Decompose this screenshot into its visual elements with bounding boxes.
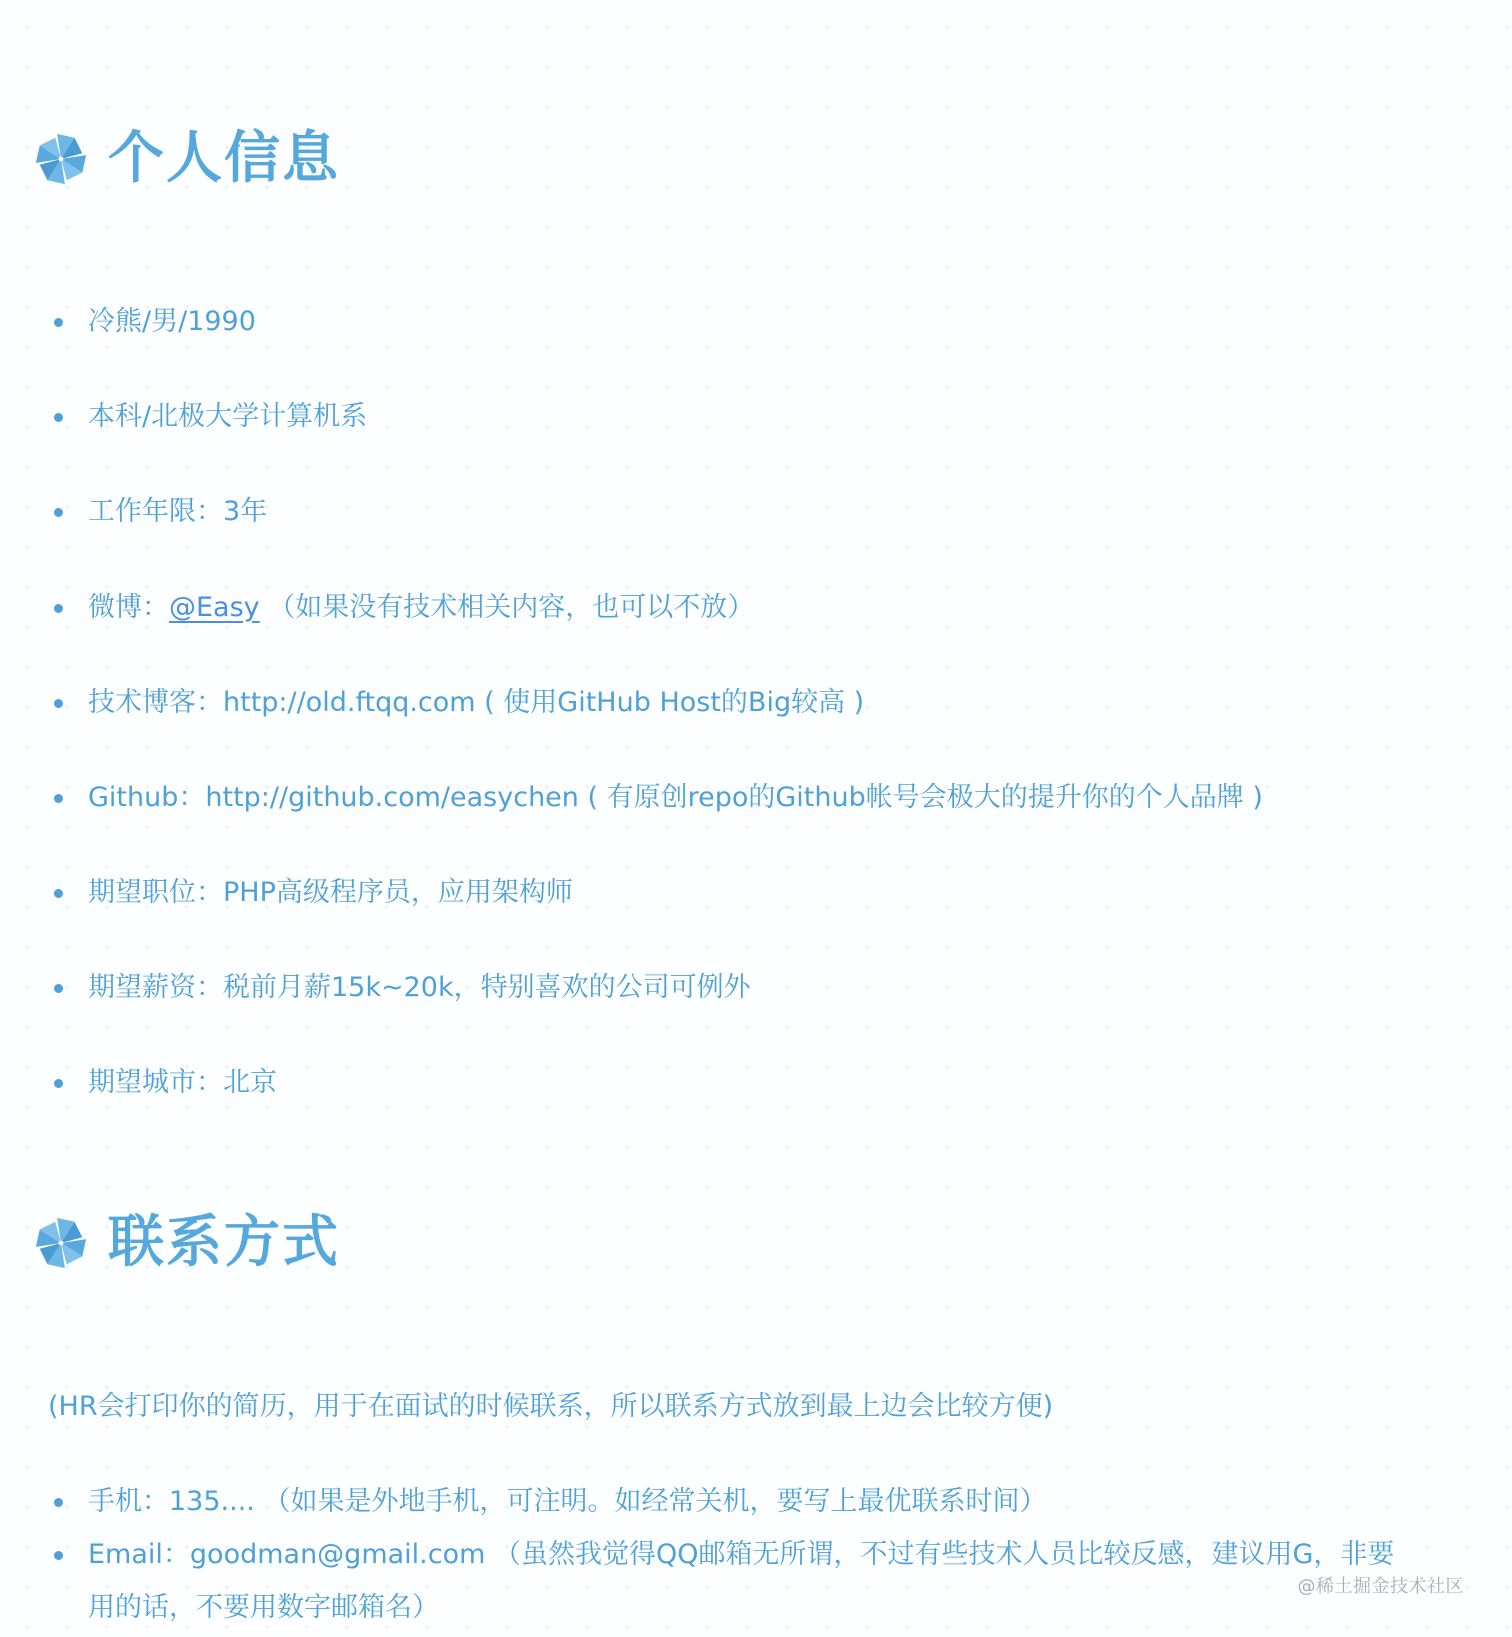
pinwheel-icon: [32, 130, 90, 188]
list-item-label: 微博：: [88, 588, 169, 628]
section-heading-contact: 联系方式: [32, 1211, 340, 1275]
section-heading-personal-info: 个人信息: [32, 127, 340, 191]
list-item-text: 本科/北极大学计算机系: [88, 397, 367, 437]
list-item-text: 期望薪资：税前月薪15k~20k，特别喜欢的公司可例外: [88, 968, 751, 1008]
list-item-text: 期望城市：北京: [88, 1063, 277, 1103]
list-item-weibo: 微博： @Easy （如果没有技术相关内容，也可以不放）: [50, 588, 754, 628]
list-item-text: Email：goodman@gmail.com （虽然我觉得QQ邮箱无所谓，不过…: [88, 1535, 1394, 1575]
bullet-icon: [54, 508, 63, 517]
bullet-icon: [54, 889, 63, 898]
list-item-phone: 手机：135.... （如果是外地手机，可注明。如经常关机，要写上最优联系时间）: [50, 1482, 1046, 1522]
list-item-salary: 期望薪资：税前月薪15k~20k，特别喜欢的公司可例外: [50, 968, 751, 1008]
watermark: @稀土掘金技术社区: [1298, 1572, 1465, 1598]
pinwheel-icon: [32, 1214, 90, 1272]
list-item-note: （如果没有技术相关内容，也可以不放）: [260, 588, 755, 628]
bullet-icon: [54, 699, 63, 708]
bullet-icon: [54, 984, 63, 993]
bullet-icon: [54, 604, 63, 613]
section-title: 个人信息: [108, 127, 340, 191]
list-item-email-continuation: 用的话，不要用数字邮箱名）: [88, 1588, 439, 1628]
list-item-text: 手机：135.... （如果是外地手机，可注明。如经常关机，要写上最优联系时间）: [88, 1482, 1046, 1522]
bullet-icon: [54, 1079, 63, 1088]
list-item-work-years: 工作年限：3年: [50, 492, 267, 532]
list-item-email: Email：goodman@gmail.com （虽然我觉得QQ邮箱无所谓，不过…: [50, 1535, 1394, 1575]
list-item-text: 冷熊/男/1990: [88, 302, 256, 342]
list-item-text: 工作年限：3年: [88, 492, 267, 532]
list-item-education: 本科/北极大学计算机系: [50, 397, 367, 437]
bullet-icon: [54, 1498, 63, 1507]
list-item-github: Github：http://github.com/easychen ( 有原创r…: [50, 778, 1263, 818]
list-item-text: 期望职位：PHP高级程序员，应用架构师: [88, 873, 573, 913]
list-item-text: 技术博客：http://old.ftqq.com ( 使用GitHub Host…: [88, 683, 864, 723]
weibo-link[interactable]: @Easy: [169, 588, 260, 628]
section-title: 联系方式: [108, 1211, 340, 1275]
bullet-icon: [54, 794, 63, 803]
list-item-name: 冷熊/男/1990: [50, 302, 256, 342]
list-item-blog: 技术博客：http://old.ftqq.com ( 使用GitHub Host…: [50, 683, 864, 723]
contact-note: (HR会打印你的简历，用于在面试的时候联系，所以联系方式放到最上边会比较方便): [48, 1387, 1053, 1427]
bullet-icon: [54, 413, 63, 422]
list-item-text: Github：http://github.com/easychen ( 有原创r…: [88, 778, 1263, 818]
bullet-icon: [54, 318, 63, 327]
bullet-icon: [54, 1551, 63, 1560]
list-item-city: 期望城市：北京: [50, 1063, 277, 1103]
list-item-position: 期望职位：PHP高级程序员，应用架构师: [50, 873, 573, 913]
